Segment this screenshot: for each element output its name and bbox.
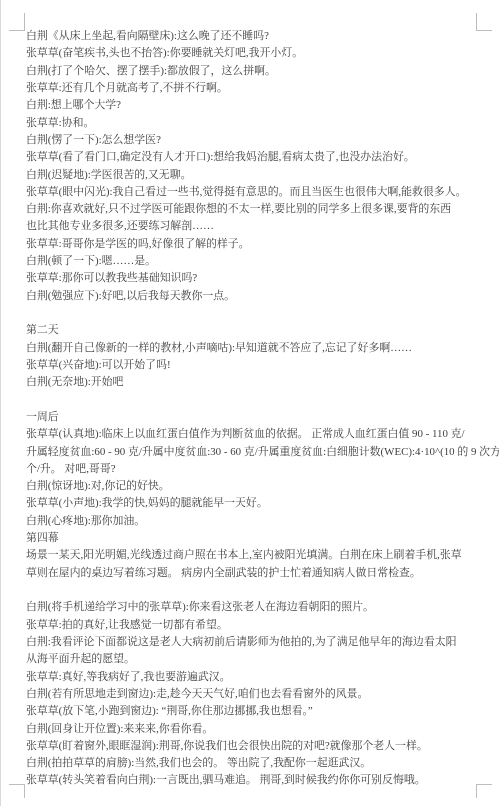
script-text-line: 第四幕 <box>26 530 498 547</box>
script-text-line: 白荆(勉强应下):好吧,以后我每天教你一点。 <box>26 288 498 305</box>
script-text-line: 白荆(心疼地):那你加油。 <box>26 513 498 530</box>
script-text-line: 张草草(看了看门口,确定没有人才开口):想给我妈治腿,看病太贵了,也没办法治好。 <box>26 149 498 166</box>
script-text-line: 张草草:那你可以教我些基础知识吗? <box>26 270 498 287</box>
script-text-line: 张草草(转头笑着看向白荆):一言既出,驷马难追。 荆哥,到时候我约你你可别反悔哦… <box>26 772 498 789</box>
document-body: 白荆《从床上坐起,看向隔壁床):这么晚了还不睡吗?张草草(奋笔疾书,头也不抬答)… <box>26 28 498 790</box>
script-text-line: 个/升。 对吧,哥哥? <box>26 461 498 478</box>
script-text-line: 白荆(迟疑地):学医很苦的,又无聊。 <box>26 167 498 184</box>
margin-crop-mark-bottom-left <box>9 784 25 798</box>
script-text-line: 白荆《从床上坐起,看向隔壁床):这么晚了还不睡吗? <box>26 28 498 45</box>
script-text-line: 第二天 <box>26 322 498 339</box>
script-text-line: 白荆(回身让开位置):来来来,你看你看。 <box>26 721 498 738</box>
script-text-line: 张草草(放下笔,小跑到窗边): “荆哥,你住那边挪挪,我也想看。” <box>26 703 498 720</box>
script-text-line: 白荆(将手机递给学习中的张草草):你来看这张老人在海边看朝阳的照片。 <box>26 599 498 616</box>
script-text-line: 白荆(无奈地):开始吧 <box>26 374 498 391</box>
script-text-line: 白荆(打了个哈欠、摆了摆手):都放假了，这么拼啊。 <box>26 63 498 80</box>
script-text-line: 白荆(惊讶地):对,你记的好快。 <box>26 478 498 495</box>
script-text-line: 白荆(翻开自己像新的一样的教材,小声嘀咕):早知道就不答应了,忘记了好多啊…… <box>26 340 498 357</box>
margin-crop-mark-top-left <box>9 13 25 31</box>
script-text-line: 张草草(眼中闪光):我自己看过一些书,觉得挺有意思的。而且当医生也很伟大啊,能救… <box>26 184 498 201</box>
script-text-line: 也比其他专业多很多,还要练习解剖…… <box>26 218 498 235</box>
script-text-line: 张草草(奋笔疾书,头也不抬答):你要睡就关灯吧,我开小灯。 <box>26 45 498 62</box>
script-text-line: 张草草(盯着窗外,眼眶湿润):荆哥,你说我们也会很快出院的对吧?就像那个老人一样… <box>26 738 498 755</box>
document-page: 白荆《从床上坐起,看向隔壁床):这么晚了还不睡吗?张草草(奋笔疾书,头也不抬答)… <box>0 0 499 806</box>
script-text-line: 张草草:真好,等我病好了,我也要游遍武汉。 <box>26 669 498 686</box>
script-text-line: 从海平面升起的愿望。 <box>26 651 498 668</box>
script-text-line: 白荆(若有所思地走到窗边):走,趁今天天气好,咱们也去看看窗外的风景。 <box>26 686 498 703</box>
script-text-line: 草则在屋内的桌边写着练习题。 病房内全副武装的护士忙着通知病人做日常检查。 <box>26 565 498 582</box>
script-text-line: 升属轻度贫血:60 - 90 克/升属中度贫血:30 - 60 克/升属重度贫血… <box>26 444 498 461</box>
script-text-line: 一周后 <box>26 409 498 426</box>
script-text-line: 白荆:我看评论下面都说这是老人大病初前后请影师为他拍的,为了满足他早年的海边看太… <box>26 634 498 651</box>
script-text-line: 张草草:哥哥你是学医的吗,好像很了解的样子。 <box>26 236 498 253</box>
script-text-line: 张草草(小声地):我学的快,妈妈的腿就能早一天好。 <box>26 495 498 512</box>
script-text-line: 张草草(兴奋地):可以开始了吗! <box>26 357 498 374</box>
blank-line <box>26 392 498 409</box>
script-text-line: 张草草:拍的真好,让我感觉一切都有希望。 <box>26 617 498 634</box>
script-text-line: 白荆(顿了一下):嗯……是。 <box>26 253 498 270</box>
script-text-line: 场景一某天,阳光明媚,光线透过商户照在书本上,室内被阳光填满。白荆在床上刷着手机… <box>26 547 498 564</box>
script-text-line: 白荆:想上哪个大学? <box>26 97 498 114</box>
script-text-line: 张草草:协和。 <box>26 115 498 132</box>
script-text-line: 白荆(愣了一下):怎么想学医? <box>26 132 498 149</box>
script-text-line: 张草草:还有几个月就高考了,不拼不行啊。 <box>26 80 498 97</box>
script-text-line: 张草草(认真地):临床上以血红蛋白值作为判断贫血的依据。 正常成人血红蛋白值 9… <box>26 426 498 443</box>
script-text-line: 白荆:你喜欢就好,只不过学医可能跟你想的不太一样,要比别的同学多上很多课,要背的… <box>26 201 498 218</box>
blank-line <box>26 582 498 599</box>
blank-line <box>26 305 498 322</box>
script-text-line: 白荆(拍拍草草的肩膀):当然,我们也会的。 等出院了,我配你一起逛武汉。 <box>26 755 498 772</box>
